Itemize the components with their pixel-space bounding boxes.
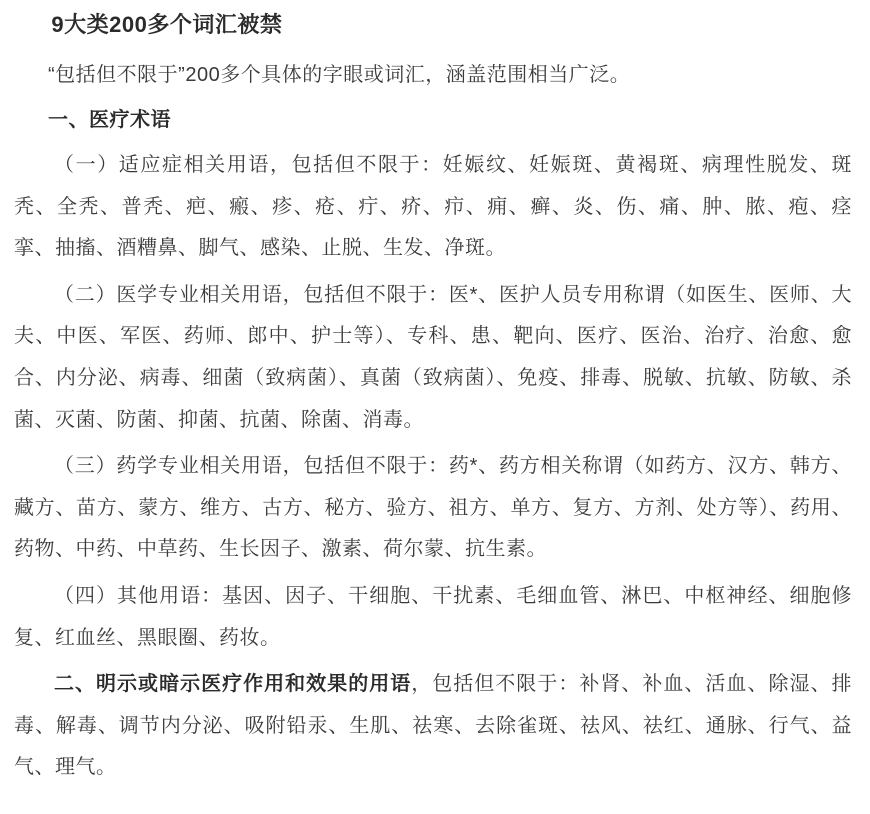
intro-paragraph: “包括但不限于”200多个具体的字眼或词汇，涵盖范围相当广泛。 — [14, 55, 852, 96]
paragraph-pharmacy-terms: （三）药学专业相关用语，包括但不限于：药*、药方相关称谓（如药方、汉方、韩方、藏… — [14, 446, 852, 571]
section-heading-medical-terms: 一、医疗术语 — [14, 100, 852, 141]
article-page: 9大类200多个词汇被禁 “包括但不限于”200多个具体的字眼或词汇，涵盖范围相… — [0, 0, 870, 814]
paragraph-medical-effect-terms: 二、明示或暗示医疗作用和效果的用语，包括但不限于：补肾、补血、活血、除湿、排毒、… — [14, 664, 852, 789]
paragraph-other-terms: （四）其他用语：基因、因子、干细胞、干扰素、毛细血管、淋巴、中枢神经、细胞修复、… — [14, 576, 852, 659]
section-heading-medical-effect: 二、明示或暗示医疗作用和效果的用语 — [54, 673, 411, 695]
paragraph-indication-terms: （一）适应症相关用语，包括但不限于：妊娠纹、妊娠斑、黄褐斑、病理性脱发、斑秃、全… — [14, 145, 852, 270]
article-title: 9大类200多个词汇被禁 — [14, 8, 852, 41]
paragraph-medical-profession-terms: （二）医学专业相关用语，包括但不限于：医*、医护人员专用称谓（如医生、医师、大夫… — [14, 275, 852, 441]
